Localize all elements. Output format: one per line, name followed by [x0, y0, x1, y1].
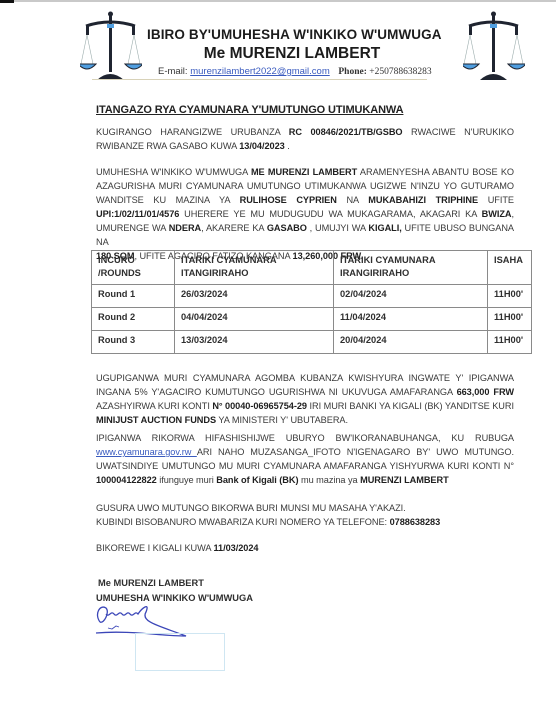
time: 11H00' — [488, 285, 532, 308]
text-line: INGANA 5% Y'AGACIRO KUMUTUNGO UGURISHWA … — [96, 385, 514, 399]
emphasis-text: RC 00846/2021/TB/GSBO — [289, 127, 403, 137]
scan-corner-mark — [0, 0, 14, 3]
paragraph-case-reference: KUGIRANGO HARANGIZWE URUBANZA RC 00846/2… — [96, 125, 514, 153]
round-label: Round 1 — [92, 285, 175, 308]
emphasis-text: UPI:1/02/11/01/4576 — [96, 209, 179, 219]
header-end-date: ITARIKI CYAMUNARA IRANGIRIRAHO — [334, 251, 488, 285]
emphasis-text: N° 00040-06965754-29 — [212, 401, 307, 411]
round-label: Round 2 — [92, 308, 175, 331]
round-label: Round 3 — [92, 331, 175, 354]
text-line: IPIGANWA RIKORWA HIFASHISHIJWE UBURYO BW… — [96, 431, 514, 445]
text-line: RWIBANZE RWA GASABO KUWA 13/04/2023 . — [96, 139, 514, 153]
end-date: 11/04/2024 — [334, 308, 488, 331]
table-row: Round 3 13/03/2024 20/04/2024 11H00' — [92, 331, 532, 354]
header-time: ISAHA — [488, 251, 532, 285]
table-row: Round 1 26/03/2024 02/04/2024 11H00' — [92, 285, 532, 308]
emphasis-text: BWIZA — [482, 209, 512, 219]
text-line: BIKOREWE I KIGALI KUWA 11/03/2024 — [96, 541, 514, 555]
emphasis-text: 0788638283 — [390, 517, 441, 527]
text-line: KUGIRANGO HARANGIZWE URUBANZA RC 00846/2… — [96, 125, 514, 139]
text-line: 100004122822 ifunguye muri Bank of Kigal… — [96, 473, 514, 487]
text-line: www.cyamunara.gov.rw ARI NAHO MUZASANGA_… — [96, 445, 514, 459]
paragraph-property-description: UMUHESHA W'INKIKO W'UMWUGA ME MURENZI LA… — [96, 165, 514, 263]
emphasis-text: 100004122822 — [96, 475, 157, 485]
emphasis-text: ME MURENZI LAMBERT — [251, 167, 357, 177]
paragraph-online-bidding: IPIGANWA RIKORWA HIFASHISHIJWE UBURYO BW… — [96, 431, 514, 487]
emphasis-text: 13/04/2023 — [239, 141, 284, 151]
phone-number: +250788638283 — [367, 67, 432, 77]
text-line: MINIJUST AUCTION FUNDS YA MINISTERI Y' U… — [96, 413, 514, 427]
emphasis-text: MINIJUST AUCTION FUNDS — [96, 415, 216, 425]
email-label: E-mail: — [158, 66, 190, 77]
end-date: 02/04/2024 — [334, 285, 488, 308]
scales-of-justice-icon — [80, 10, 142, 82]
emphasis-text: KIGALI, — [368, 223, 401, 233]
header-start-date: ITARIKI CYAMUNARA ITANGIRIRAHO — [175, 251, 334, 285]
header-rounds: INCURO /ROUNDS — [92, 251, 175, 285]
auction-rounds-table: INCURO /ROUNDS ITARIKI CYAMUNARA ITANGIR… — [91, 250, 532, 354]
scales-of-justice-icon — [463, 10, 525, 82]
letterhead-divider — [92, 79, 427, 80]
paragraph-deposit-instructions: UGUPIGANWA MURI CYAMUNARA AGOMBA KUBANZA… — [96, 371, 514, 427]
text-line: KUBINDI BISOBANURO MWABARIZA KURI NOMERO… — [96, 515, 514, 529]
text-line: UMUHESHA W'INKIKO W'UMWUGA ME MURENZI LA… — [96, 165, 514, 179]
text-line: UPI:1/02/11/01/4576 UHERERE YE MU MUDUGU… — [96, 207, 514, 221]
text-line: AZASHYIRWA KURI KONTI N° 00040-06965754-… — [96, 399, 514, 413]
emphasis-text: Bank of Kigali (BK) — [216, 475, 298, 485]
table-row: Round 2 04/04/2024 11/04/2024 11H00' — [92, 308, 532, 331]
emphasis-text: GASABO — [267, 223, 307, 233]
time: 11H00' — [488, 308, 532, 331]
contact-line: E-mail: murenzilambert2022@gmail.com Pho… — [158, 66, 440, 77]
text-line: UWATSINDIYE UMUTUNGO MU MURI CYAMUNARA A… — [96, 459, 514, 473]
emphasis-text: 663,000 FRW — [457, 387, 514, 397]
start-date: 13/03/2024 — [175, 331, 334, 354]
emphasis-text: RULIHOSE CYPRIEN — [240, 195, 337, 205]
phone-label: Phone: — [338, 67, 367, 77]
text-line: WANDITSE KU MAZINA YA RULIHOSE CYPRIEN N… — [96, 193, 514, 207]
time: 11H00' — [488, 331, 532, 354]
start-date: 26/03/2024 — [175, 285, 334, 308]
text-line: UMURENGE WA NDERA, AKARERE KA GASABO , U… — [96, 221, 514, 249]
emphasis-text: 11/03/2024 — [213, 543, 258, 553]
emphasis-text: MUKABAHIZI TRIPHINE — [368, 195, 478, 205]
start-date: 04/04/2024 — [175, 308, 334, 331]
end-date: 20/04/2024 — [334, 331, 488, 354]
text-line: UGUPIGANWA MURI CYAMUNARA AGOMBA KUBANZA… — [96, 371, 514, 385]
document-title: ITANGAZO RYA CYAMUNARA Y'UMUTUNGO UTIMUK… — [96, 104, 403, 116]
emphasis-text: MURENZI LAMBERT — [360, 475, 449, 485]
official-stamp-icon — [135, 633, 225, 671]
emphasis-text: NDERA — [169, 223, 201, 233]
email-link[interactable]: murenzilambert2022@gmail.com — [190, 66, 330, 77]
table-header-row: INCURO /ROUNDS ITARIKI CYAMUNARA ITANGIR… — [92, 251, 532, 285]
scan-top-edge — [0, 0, 556, 2]
text-line: AZAGURISHA MURI CYAMUNARA UMUTUNGO UTIMU… — [96, 179, 514, 193]
website-link[interactable]: www.cyamunara.gov.rw — [96, 447, 197, 457]
bailiff-name: Me MURENZI LAMBERT — [147, 45, 437, 63]
paragraph-date-place: BIKOREWE I KIGALI KUWA 11/03/2024 — [96, 541, 514, 555]
paragraph-visiting-contact: GUSURA UWO MUTUNGO BIKORWA BURI MUNSI MU… — [96, 501, 514, 529]
text-line: GUSURA UWO MUTUNGO BIKORWA BURI MUNSI MU… — [96, 501, 514, 515]
signatory-name: Me MURENZI LAMBERT — [98, 578, 204, 588]
office-title: IBIRO BY'UMUHESHA W'INKIKO W'UMWUGA — [147, 27, 437, 42]
